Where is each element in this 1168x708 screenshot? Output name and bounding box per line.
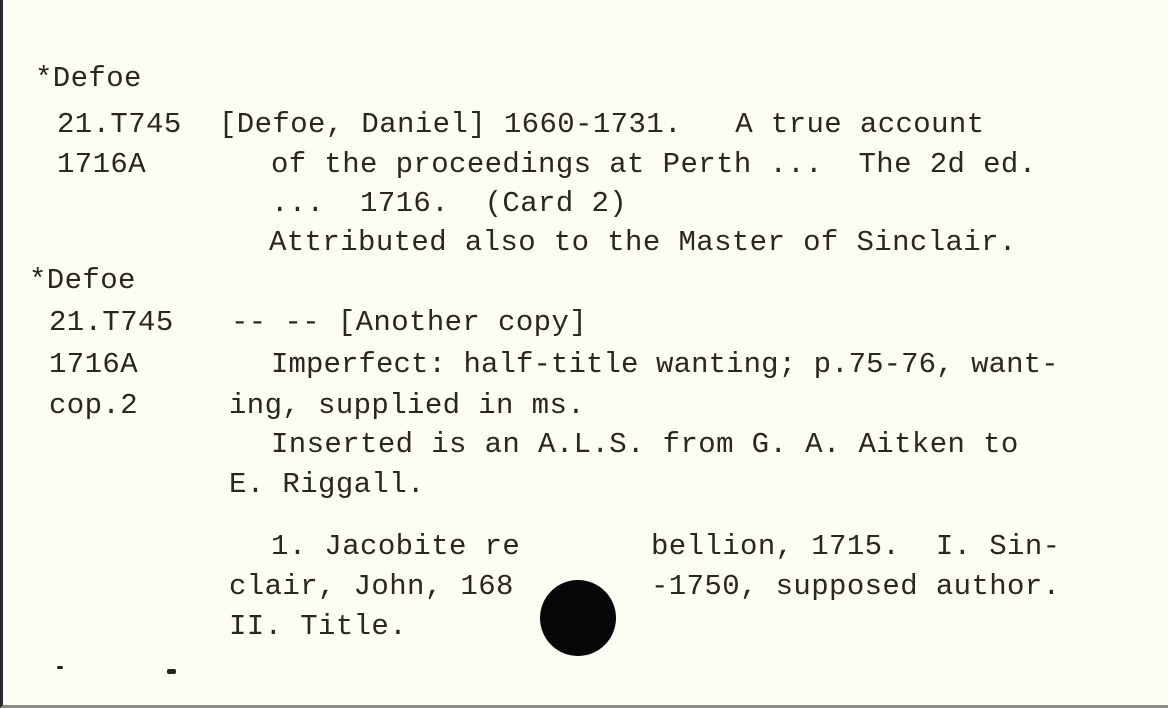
note-line: E. Riggall. [229,470,425,499]
call-number-line: *Defoe [35,64,142,93]
call-number-line: 21.T745 [57,110,182,139]
title-line: of the proceedings at Perth ... The 2d e… [271,150,1037,179]
imprint-line: ... 1716. (Card 2) [271,189,627,218]
copy-heading: -- -- [Another copy] [231,308,587,337]
tracing-line: bellion, 1715. I. Sin- [651,532,1060,561]
note-line: ing, supplied in ms. [229,391,585,420]
call-number-line: 1716A [57,150,146,179]
call-number-line: 1716A [49,350,138,379]
call-number-line: *Defoe [29,266,136,295]
punch-hole [540,580,616,656]
main-entry-heading: [Defoe, Daniel] 1660-1731. A true accoun… [219,110,985,139]
call-number-line: cop.2 [49,391,138,420]
catalog-card: *Defoe 21.T745 1716A [Defoe, Daniel] 166… [0,0,1168,708]
ink-speck [167,669,176,674]
note-line: Attributed also to the Master of Sinclai… [269,228,1017,257]
note-line: Imperfect: half-title wanting; p.75-76, … [271,350,1059,379]
call-number-line: 21.T745 [49,308,174,337]
tracing-line: 1. Jacobite re [271,532,520,561]
note-line: Inserted is an A.L.S. from G. A. Aitken … [271,430,1019,459]
tracing-line: -1750, supposed author. [651,572,1060,601]
tracing-line: clair, John, 168 [229,572,514,601]
tracing-line: II. Title. [229,612,407,641]
ink-speck [57,666,63,669]
